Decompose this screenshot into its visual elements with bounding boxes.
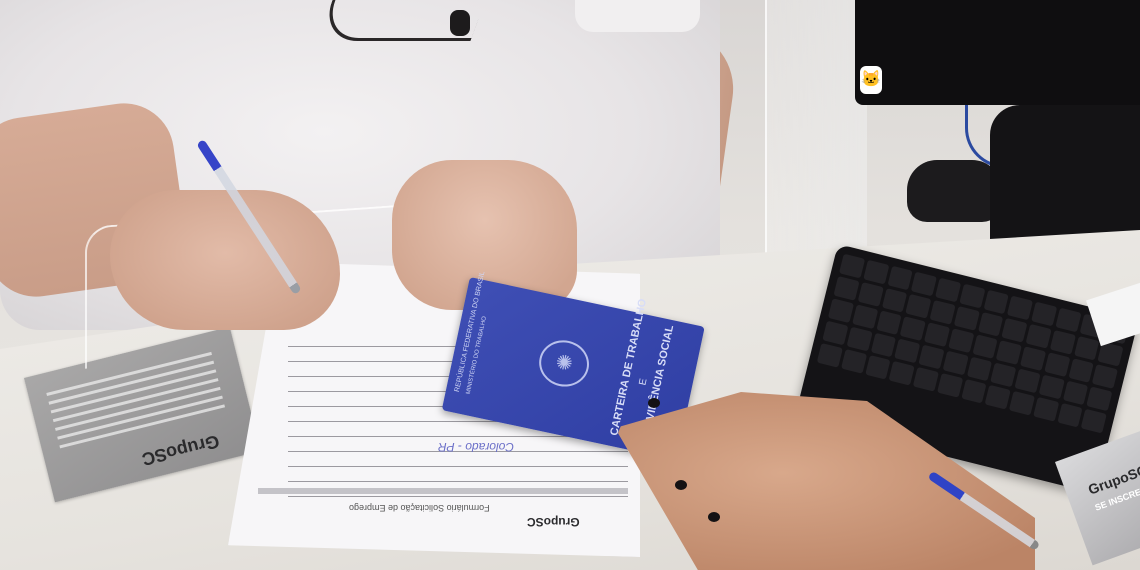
- computer-monitor: [855, 0, 1140, 105]
- booklet-title-line2: E: [637, 378, 649, 387]
- fingernail: [708, 512, 720, 522]
- form-handwriting: Colorado - PR: [438, 440, 514, 454]
- shirt-sleeve: [575, 0, 700, 32]
- form-title: Formulário Solicitação de Emprego: [349, 503, 490, 513]
- leaflet-brand: GrupoSC: [140, 430, 222, 469]
- earbud-icon: [450, 10, 470, 36]
- form-logo: GrupoSC: [527, 515, 580, 529]
- fingernail: [648, 398, 660, 408]
- attendant-writing-hand: [110, 190, 340, 330]
- form-section-bar: [258, 488, 628, 494]
- coat-of-arms-icon: ✺: [535, 336, 593, 391]
- speaker: [907, 160, 1002, 222]
- lucky-cat-sticker-icon: 🐱: [860, 66, 882, 94]
- fingernail: [675, 480, 687, 490]
- booklet-title-line1: CARTEIRA DE TRABALHO: [608, 298, 649, 437]
